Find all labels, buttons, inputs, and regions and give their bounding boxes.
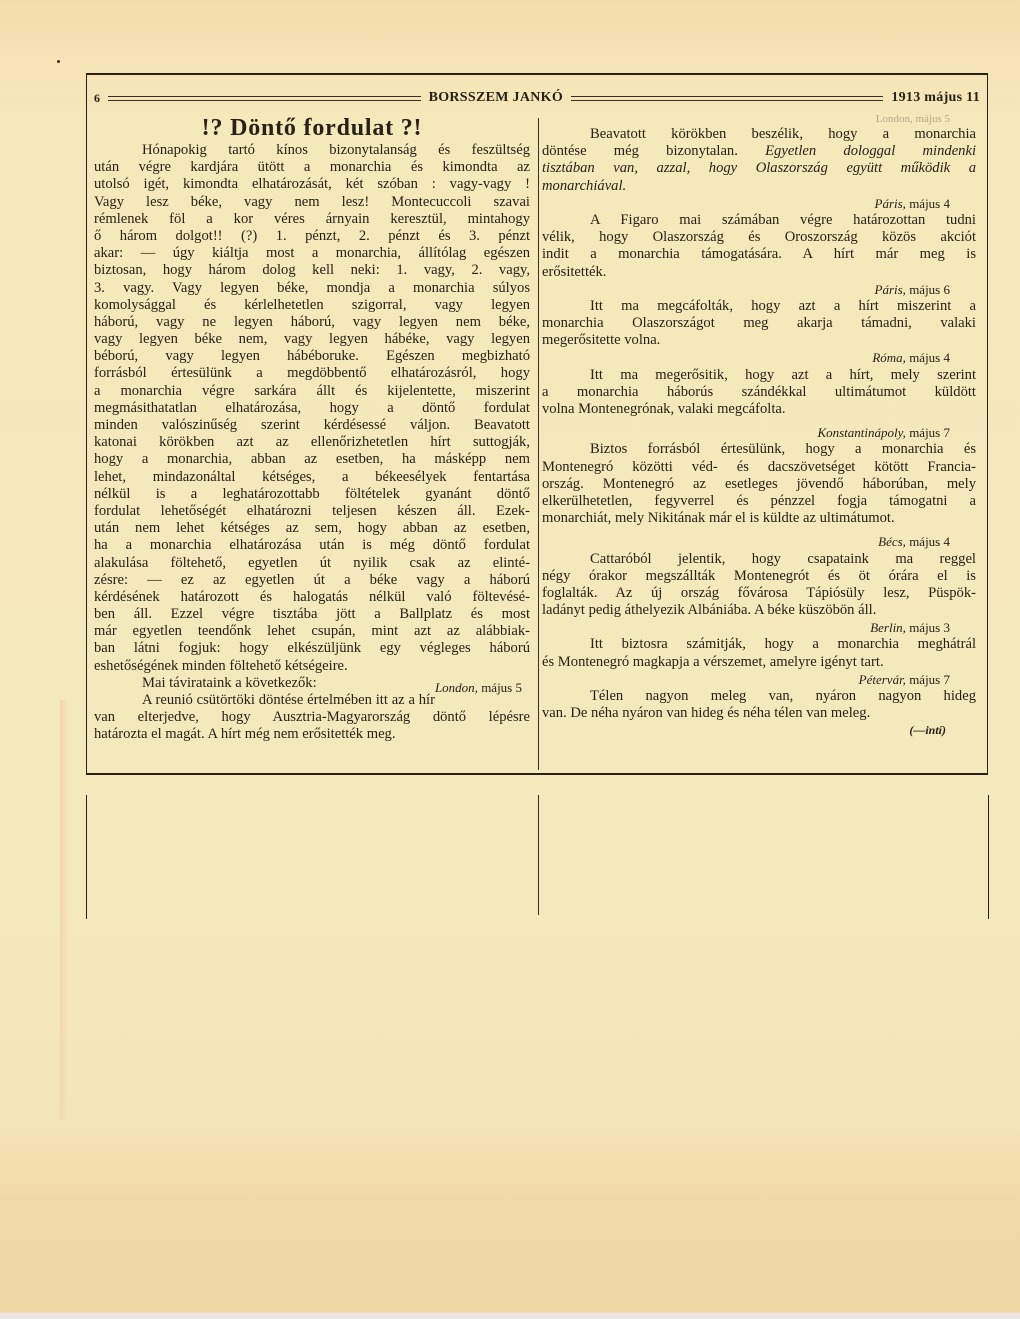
dateline-date: május 4 [909, 534, 950, 549]
publication-name: BORSSZEM JANKÓ [429, 90, 564, 106]
dateline-city: Páris, [875, 282, 906, 297]
text-line: katonai körökben azt az ellenőrizhetetle… [94, 434, 530, 451]
article-body: Hónapokig tartó kínos bizonytalanság és … [94, 142, 530, 675]
frame-bottom-rule [86, 773, 988, 775]
text-line: utolsó igét, kimondta elhatározását, két… [94, 176, 530, 193]
text-line: biztosan, hogy három dolog kell neki: 1.… [94, 262, 530, 279]
text-line: zésre: — ez az egyetlen út a béke vagy a… [94, 572, 530, 589]
column-divider [538, 118, 539, 770]
text-line: ő három dolgot!! (?) 1. pénzt, 2. pénzt … [94, 228, 530, 245]
dispatch: Berlin, május 3Itt biztosra számitják, h… [542, 619, 976, 671]
dateline-city: Róma, [872, 350, 906, 365]
text-line: A Figaro mai számában végre határozottan… [542, 212, 976, 229]
text-line: hogy a monarchia, abban az esetben, ha m… [94, 451, 530, 468]
dateline-date: május 6 [909, 282, 950, 297]
text-line: Cattaróból jelentik, hogy csapataink ma … [542, 551, 976, 568]
running-header: 6 BORSSZEM JANKÓ 1913 május 11 [94, 88, 980, 108]
dateline-date: május 4 [909, 350, 950, 365]
issue-date: 1913 május 11 [891, 90, 980, 106]
dateline-city: London, [435, 680, 478, 695]
text-line: ha a monarchia elhatározása után is még … [94, 537, 530, 554]
text-line: ban látni fogjuk: hogy elkészüljünk egy … [94, 640, 530, 657]
dispatch: Pétervár, május 7Télen nagyon meleg van,… [542, 671, 976, 723]
text-line: volna Montenegrónak, valaki megcáfolta. [542, 401, 976, 418]
text-line: után nem lehet kétséges az sem, hogy abb… [94, 520, 530, 537]
text-line: elkerülhetetlen, fegyverrel és pénzzel f… [542, 493, 976, 510]
text-line: háború, vagy ne legyen háború, vagy legy… [94, 314, 530, 331]
dispatch-london-body: A reunió csütörtöki döntése értelmében i… [94, 692, 530, 744]
text-line: van elterjedve, hogy Ausztria-Magyarorsz… [94, 709, 530, 726]
text-line: Montenegró közötti véd- és dacszövetsége… [542, 459, 976, 476]
text-line: alakulása föltehető, egyetlen út nyilik … [94, 555, 530, 572]
text-line: van. De néha nyáron van hideg és néha té… [542, 705, 976, 722]
text-line: a monarchia végre sarkára állt és kijele… [94, 383, 530, 400]
text-line: Beavatott körökben beszélik, hogy a mona… [542, 126, 976, 143]
right-column: London, május 5 Beavatott körökben beszé… [542, 112, 976, 739]
page-edge-shadow [60, 700, 68, 1120]
text-line: fordulat lehetőségét elhatározni teljese… [94, 503, 530, 520]
dateline-date: május 5 [481, 680, 522, 695]
article-title: !? Döntő fordulat ?! [94, 114, 530, 142]
frame-top-rule [86, 73, 988, 75]
dateline-city: Bécs, [878, 534, 906, 549]
print-speck [57, 60, 60, 63]
header-double-rule-right [571, 96, 883, 101]
dispatch-dateline: Berlin, május 3 [542, 619, 976, 636]
left-column: !? Döntő fordulat ?! Hónapokig tartó kín… [94, 112, 530, 744]
text-line: a monarchia háborús szándékkal ultimátum… [542, 384, 976, 401]
dispatch-dateline: Konstantinápoly, május 7 [542, 424, 976, 441]
text-line: Biztos forrásból értesülünk, hogy a mona… [542, 441, 976, 458]
dispatch: Bécs, május 4Cattaróból jelentik, hogy c… [542, 527, 976, 619]
text-line: erősitették. [542, 264, 976, 281]
text-line: négy órakor megszállták Montenegrót és ö… [542, 568, 976, 585]
italic-segment: Egyetlen dologgal mindenki [765, 143, 976, 159]
dateline-city: Pétervár, [859, 672, 906, 687]
text-line: foglalták. Az új ország fővárosa Tápiósü… [542, 585, 976, 602]
text-line: rémlenek föl a kor véres árnyain kereszt… [94, 211, 530, 228]
text-line: ladányt pedig áthelyezik Albániába. A bé… [542, 602, 976, 619]
dispatch-london-continued: Beavatott körökben beszélik, hogy a mona… [542, 126, 976, 195]
text-line: 3. vagy. Vagy legyen béke, mondja a mona… [94, 280, 530, 297]
text-line: Itt ma megerősitik, hogy azt a hírt, mel… [542, 367, 976, 384]
dateline-london: London, május 5 [435, 679, 530, 696]
dateline-date: május 3 [909, 620, 950, 635]
dispatch-dateline: Páris, május 6 [542, 281, 976, 298]
lower-frame-right-rule [988, 795, 989, 919]
text-line: megerősitette volna. [542, 332, 976, 349]
dispatch-dateline: Róma, május 4 [542, 349, 976, 366]
text-line: Vagy lesz béke, vagy nem lesz! Montecucc… [94, 194, 530, 211]
text-line: már egyetlen teendőnk lehet csupán, mint… [94, 623, 530, 640]
dateline-date: május 7 [909, 672, 950, 687]
text-line: monarchiát, mely Nikitának már el is kül… [542, 510, 976, 527]
text-segment: döntése még bizonytalan. [542, 143, 738, 159]
dispatch-dateline: Pétervár, május 7 [542, 671, 976, 688]
text-line: minden valószinűség szerint kérdésessé v… [94, 417, 530, 434]
dispatch-dateline: Bécs, május 4 [542, 533, 976, 550]
text-line: indit a monarchia támogatására. A hírt m… [542, 246, 976, 263]
italic-line: monarchiával. [542, 178, 976, 195]
text-line: Télen nagyon meleg van, nyáron nagyon hi… [542, 688, 976, 705]
text-line: ország. Montenegró az esetleges jövendő … [542, 476, 976, 493]
dispatch-list: Páris, május 4A Figaro mai számában végr… [542, 195, 976, 723]
dateline-city: Konstantinápoly, [817, 425, 905, 440]
lower-frame-left-rule [86, 795, 87, 919]
dispatch: Róma, május 4Itt ma megerősitik, hogy az… [542, 349, 976, 418]
text-line: monarchia Olaszországot meg akarja támad… [542, 315, 976, 332]
text-line: és Montenegró magkapja a vérszemet, amel… [542, 654, 976, 671]
dispatch-dateline: Páris, május 4 [542, 195, 976, 212]
dateline-city: Páris, [875, 196, 906, 211]
dispatch: Páris, május 6Itt ma megcáfolták, hogy a… [542, 281, 976, 350]
italic-line: tisztában van, azzal, hogy Olaszország e… [542, 160, 976, 177]
dateline-date: május 7 [909, 425, 950, 440]
text-line: határozta el magát. A hírt még nem erősi… [94, 726, 530, 743]
lower-column-divider [538, 795, 539, 915]
dateline-city: Berlin, [870, 620, 906, 635]
telegrams-intro: Mai távirataink a következők: London, má… [94, 675, 530, 692]
text-line: lehet, mindazonáltal kétséges, a békeesé… [94, 469, 530, 486]
text-line: döntése még bizonytalan. Egyetlen dologg… [542, 143, 976, 160]
header-double-rule-left [108, 96, 420, 101]
dispatch: Páris, május 4A Figaro mai számában végr… [542, 195, 976, 281]
text-line: vagy legyen béke nem, vagy legyen hábéke… [94, 331, 530, 348]
text-line: Hónapokig tartó kínos bizonytalanság és … [94, 142, 530, 159]
frame-right-rule [987, 73, 988, 773]
text-line: kérdésének határozott és halogatás nélkü… [94, 589, 530, 606]
text-line: forrásból értesülünk a megdöbbentő elhat… [94, 365, 530, 382]
text-line: Itt ma megcáfolták, hogy azt a hírt misz… [542, 298, 976, 315]
telegrams-intro-text: Mai távirataink a következők: [142, 675, 317, 691]
dateline-date: május 4 [909, 196, 950, 211]
text-line: vélik, hogy Olaszország és Oroszország k… [542, 229, 976, 246]
text-line: komolysággal és kérlelhetetlen szigorral… [94, 297, 530, 314]
page-number: 6 [94, 91, 100, 106]
faint-dateline: London, május 5 [542, 112, 976, 126]
text-line: után végre kardjára ütött a monarchia és… [94, 159, 530, 176]
dispatch: Konstantinápoly, május 7Biztos forrásból… [542, 418, 976, 527]
text-line: ben áll. Ezzel végre tisztába jött a Bal… [94, 606, 530, 623]
text-line: eshetőségének minden föltehető kétségeir… [94, 658, 530, 675]
text-line: nélkül is a leghatározottabb föltételek … [94, 486, 530, 503]
text-line: béború, vagy legyen hábéboruke. Egészen … [94, 348, 530, 365]
text-line: akar: — úgy kiáltja most a monarchia, ál… [94, 245, 530, 262]
author-signature: (—intí) [542, 722, 976, 739]
text-line: Itt biztosra számitják, hogy a monarchia… [542, 636, 976, 653]
frame-left-rule [86, 73, 87, 773]
text-line: megmásithatatlan elhatározása, hogy a dö… [94, 400, 530, 417]
